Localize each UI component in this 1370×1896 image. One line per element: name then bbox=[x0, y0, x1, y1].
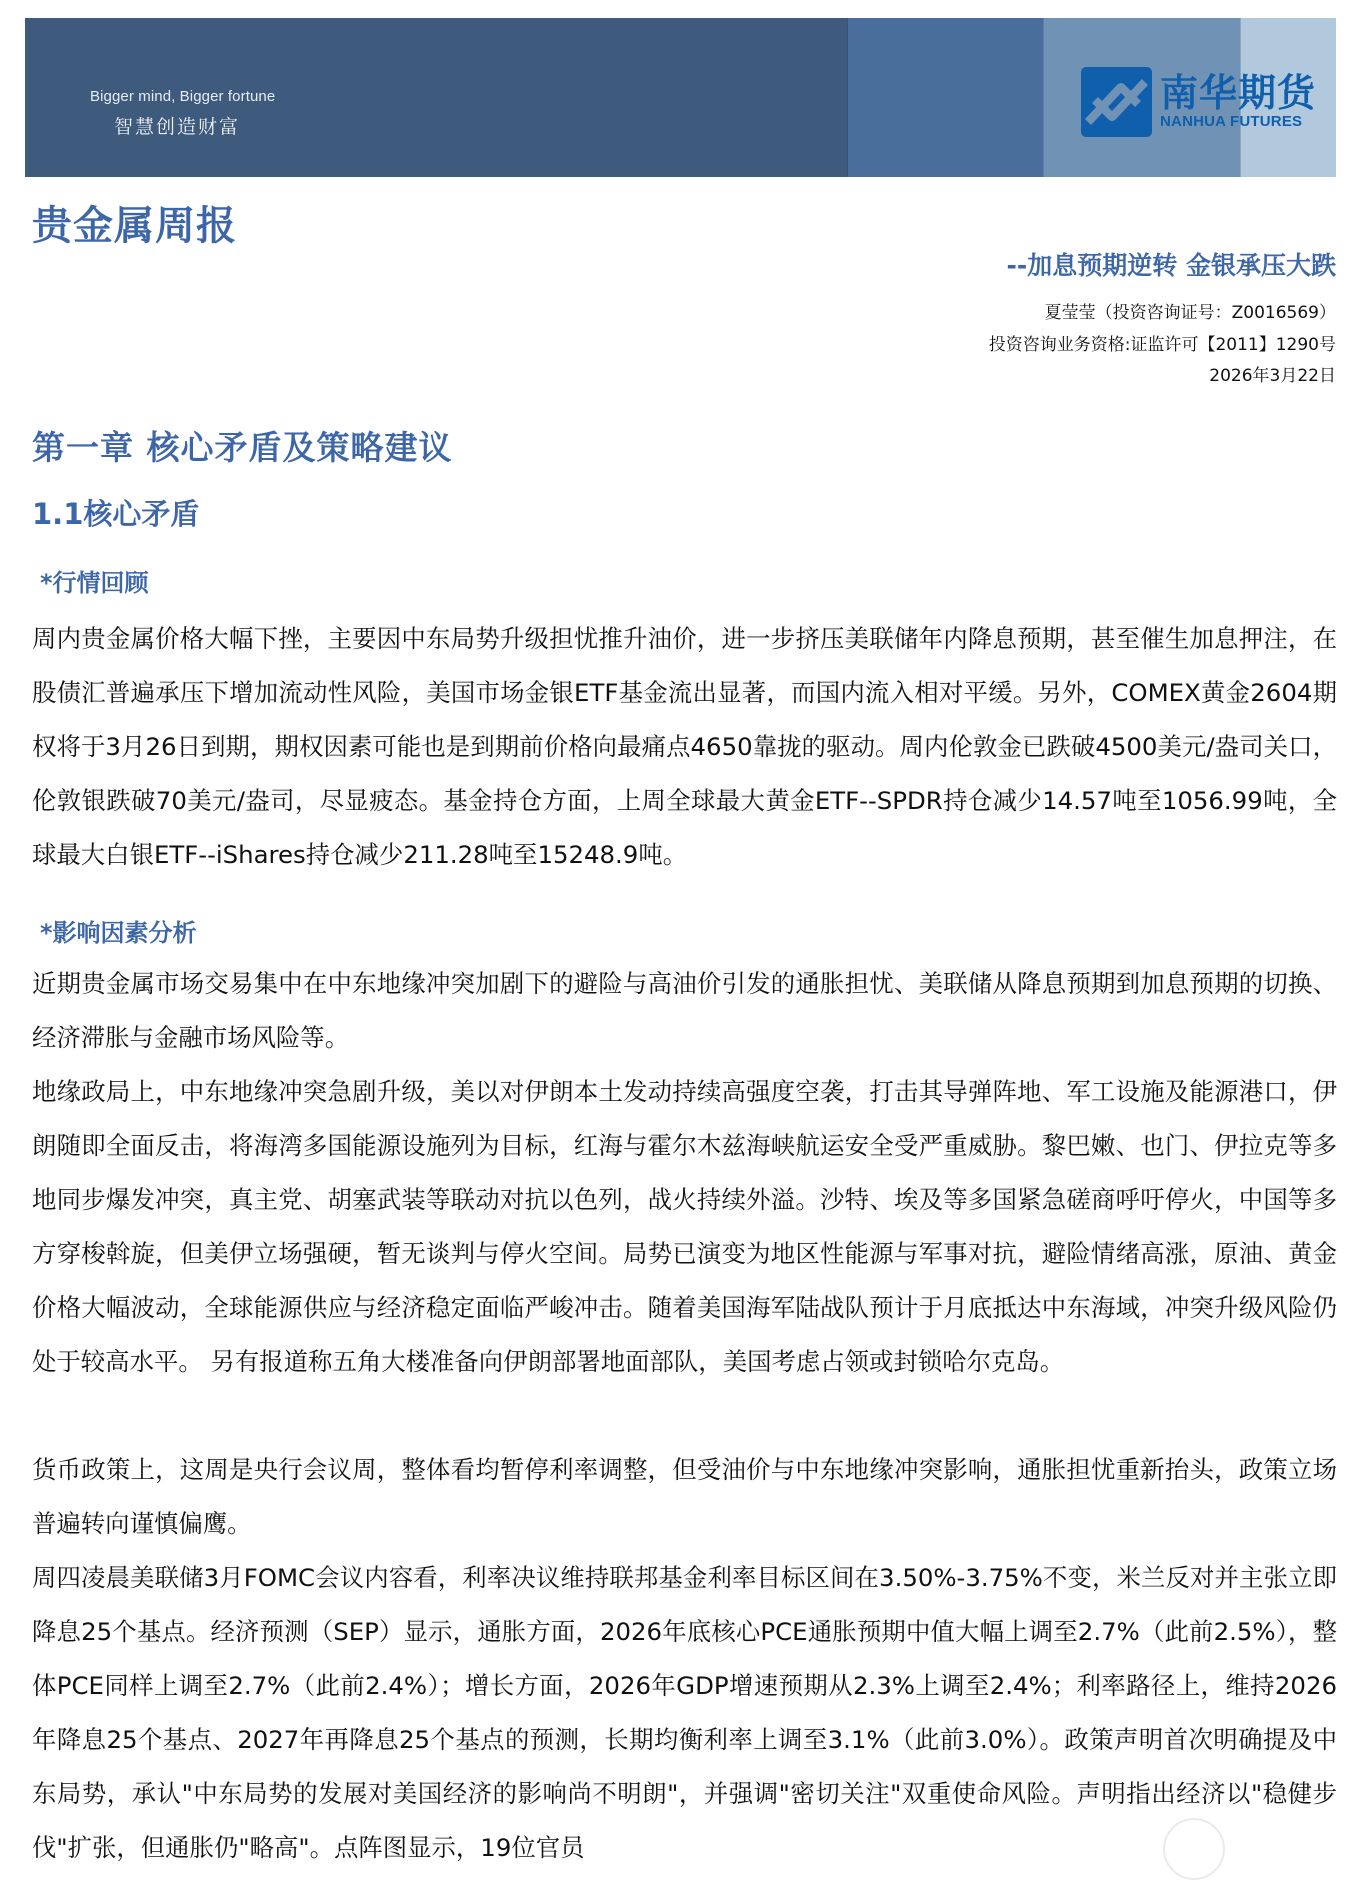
paragraph-factor-summary: 近期贵金属市场交易集中在中东地缘冲突加剧下的避险与高油价引发的通胀担忧、美联储从… bbox=[32, 957, 1337, 1065]
license-info: 投资咨询业务资格:证监许可【2011】1290号 bbox=[989, 330, 1336, 355]
author-info: 夏莹莹（投资咨询证号：Z0016569） bbox=[1045, 298, 1336, 323]
report-date: 2026年3月22日 bbox=[1209, 361, 1336, 386]
report-subtitle: --加息预期逆转 金银承压大跌 bbox=[1007, 246, 1336, 282]
logo-name-english: NANHUA FUTURES bbox=[1160, 113, 1316, 131]
banner-band-mid bbox=[847, 18, 1043, 177]
subsection-heading-market-review: *行情回顾 bbox=[40, 563, 149, 598]
chapter-title: 第一章 核心矛盾及策略建议 bbox=[32, 422, 453, 469]
paragraph-monetary-policy: 货币政策上，这周是央行会议周，整体看均暂停利率调整，但受油价与中东地缘冲突影响，… bbox=[32, 1443, 1337, 1551]
paragraph-geopolitics: 地缘政局上，中东地缘冲突急剧升级，美以对伊朗本土发动持续高强度空袭，打击其导弹阵… bbox=[32, 1065, 1337, 1389]
slogan-english: Bigger mind, Bigger fortune bbox=[90, 88, 275, 105]
paragraph-fomc: 周四凌晨美联储3月FOMC会议内容看，利率决议维持联邦基金利率目标区间在3.50… bbox=[32, 1551, 1337, 1875]
company-logo: 南华期货 NANHUA FUTURES bbox=[1081, 67, 1316, 137]
paragraph-market-review: 周内贵金属价格大幅下挫，主要因中东局势升级担忧推升油价，进一步挤压美联储年内降息… bbox=[32, 612, 1337, 882]
subsection-heading-factor-analysis: *影响因素分析 bbox=[40, 913, 197, 948]
section-title: 1.1核心矛盾 bbox=[32, 492, 199, 533]
nanhua-logo-icon bbox=[1081, 67, 1152, 137]
slogan-chinese: 智慧创造财富 bbox=[114, 112, 240, 139]
report-title: 贵金属周报 bbox=[32, 194, 237, 251]
logo-name-chinese: 南华期货 bbox=[1160, 73, 1316, 113]
